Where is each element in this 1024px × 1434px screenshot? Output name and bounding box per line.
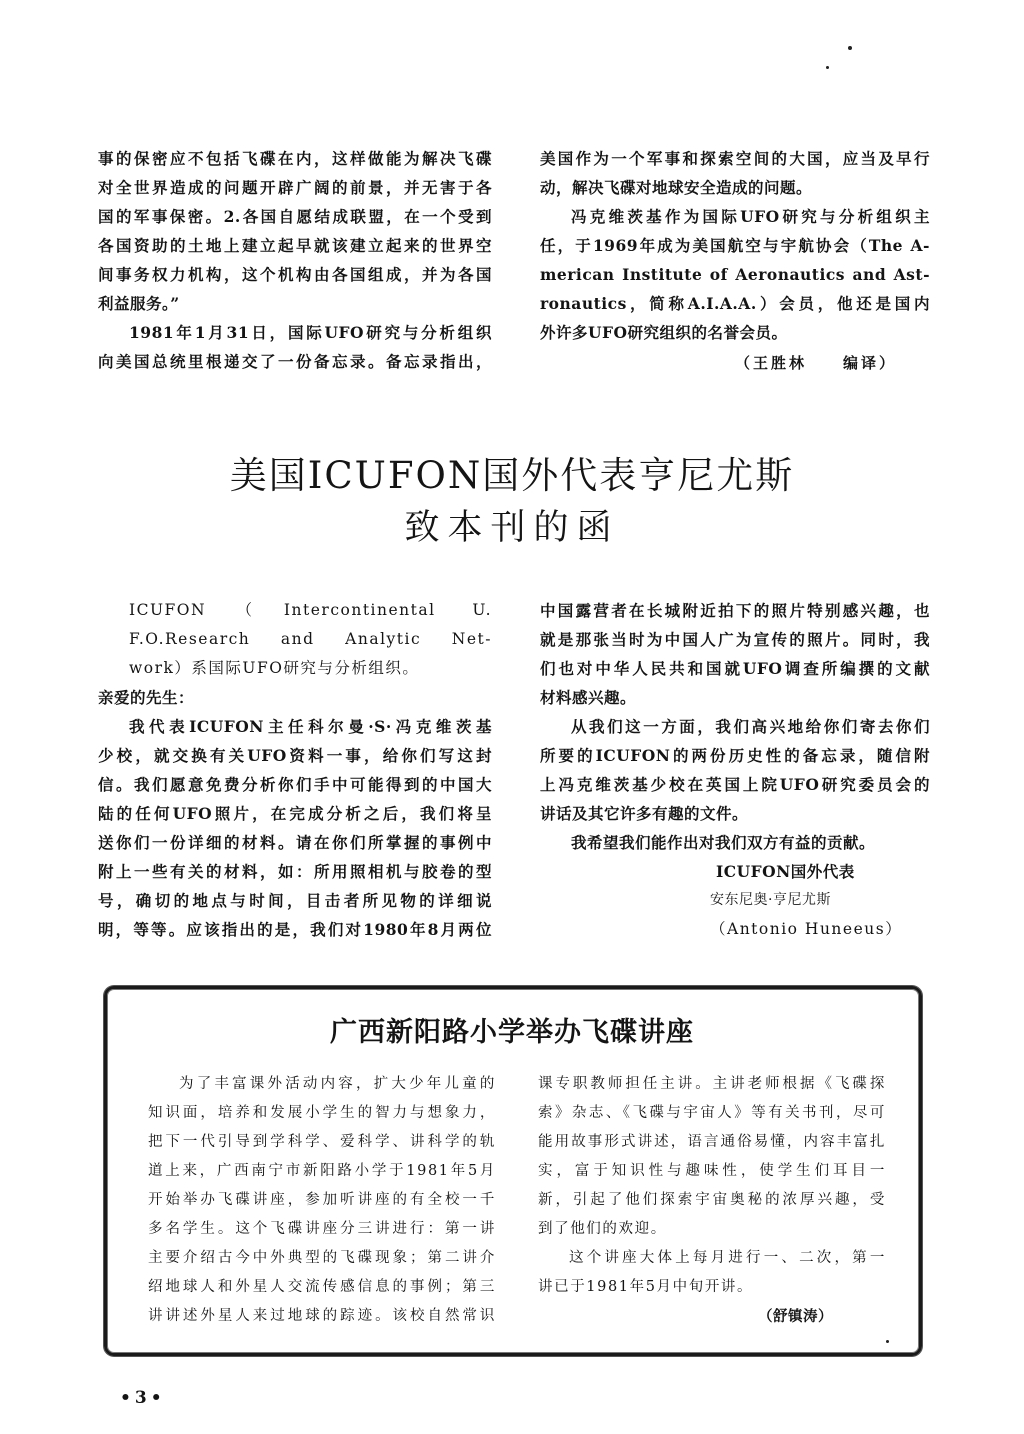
- text-line: 利益服务。”: [98, 289, 492, 318]
- text-line: 讲讲述外星人来过地球的踪迹。该校自然常识: [148, 1302, 496, 1331]
- text-line: 们也对中华人民共和国就UFO调查所编撰的文献: [540, 654, 930, 683]
- text-line: 我代表ICUFON主任科尔曼·S·冯克维茨基: [98, 712, 492, 741]
- top-article-left-column: 事的保密应不包括飞碟在内，这样做能为解决飞碟对全世界造成的问题开辟广阔的前景，并…: [98, 144, 492, 376]
- text-line: 动，解决飞碟对地球安全造成的问题。: [540, 173, 930, 202]
- top-article-right-column: 美国作为一个军事和探索空间的大国，应当及早行动，解决飞碟对地球安全造成的问题。冯…: [540, 144, 930, 347]
- text-line: 从我们这一方面，我们高兴地给你们寄去你们: [540, 712, 930, 741]
- text-line: 亲爱的先生：: [98, 683, 492, 712]
- signature-line1: ICUFON国外代表: [540, 857, 930, 886]
- boxed-article-title: 广西新阳路小学举办飞碟讲座: [0, 1010, 1024, 1049]
- signature-line2: 安东尼奥·亨尼尤斯: [540, 886, 930, 915]
- text-line: 索》杂志、《飞碟与宇宙人》等有关书刊，尽可: [538, 1099, 886, 1128]
- text-line: 我希望我们能作出对我们双方有益的贡献。: [540, 828, 930, 857]
- text-line: 到了他们的欢迎。: [538, 1215, 886, 1244]
- text-line: 美国作为一个军事和探索空间的大国，应当及早行: [540, 144, 930, 173]
- text-line: 送你们一份详细的材料。请在你们所掌握的事例中: [98, 828, 492, 857]
- text-line: 就是那张当时为中国人广为宣传的照片。同时，我: [540, 625, 930, 654]
- boxed-article-right-column: 课专职教师担任主讲。主讲老师根据《飞碟探索》杂志、《飞碟与宇宙人》等有关书刊，尽…: [538, 1070, 886, 1331]
- text-line: 少校，就交换有关UFO资料一事，给你们写这封: [98, 741, 492, 770]
- text-line: 明，等等。应该指出的是，我们对1980年8月两位: [98, 915, 492, 944]
- text-line: 所要的ICUFON的两份历史性的备忘录，随信附: [540, 741, 930, 770]
- text-line: 对全世界造成的问题开辟广阔的前景，并无害于各: [98, 173, 492, 202]
- text-line: 上冯克维茨基少校在英国上院UFO研究委员会的: [540, 770, 930, 799]
- text-line: 号，确切的地点与时间，目击者所见物的详细说: [98, 886, 492, 915]
- text-line: ronautics，简称A.I.A.A.）会员，他还是国内: [540, 289, 930, 318]
- text-line: F.O.Research and Analytic Net-: [98, 625, 492, 654]
- text-line: 陆的任何UFO照片，在完成分析之后，我们将呈: [98, 799, 492, 828]
- text-line: 向美国总统里根递交了一份备忘录。备忘录指出，: [98, 347, 492, 376]
- signature-line3: （Antonio Huneeus）: [540, 915, 930, 944]
- text-line: 附上一些有关的材料，如：所用照相机与胶卷的型: [98, 857, 492, 886]
- text-line: 知识面，培养和发展小学生的智力与想象力，: [148, 1099, 496, 1128]
- text-line: 讲话及其它许多有趣的文件。: [540, 799, 930, 828]
- text-line: 材料感兴趣。: [540, 683, 930, 712]
- letter-left-column: ICUFON（Intercontinental U.F.O.Research a…: [98, 596, 492, 944]
- text-line: 道上来，广西南宁市新阳路小学于1981年5月: [148, 1157, 496, 1186]
- letter-right-body: 中国露营者在长城附近拍下的照片特别感兴趣，也就是那张当时为中国人广为宣传的照片。…: [540, 596, 930, 857]
- text-line: work）系国际UFO研究与分析组织。: [98, 654, 492, 683]
- letter-title-line1: 美国ICUFON国外代表亨尼尤斯: [0, 445, 1024, 499]
- scan-speck: [826, 66, 829, 69]
- text-line: 绍地球人和外星人交流传感信息的事例；第三: [148, 1273, 496, 1302]
- scan-speck: [848, 46, 852, 50]
- text-line: 1981年1月31日，国际UFO研究与分析组织: [98, 318, 492, 347]
- text-line: 多名学生。这个飞碟讲座分三讲进行：第一讲: [148, 1215, 496, 1244]
- text-line: 事的保密应不包括飞碟在内，这样做能为解决飞碟: [98, 144, 492, 173]
- text-line: 把下一代引导到学科学、爱科学、讲科学的轨: [148, 1128, 496, 1157]
- text-line: 能用故事形式讲述，语言通俗易懂，内容丰富扎: [538, 1128, 886, 1157]
- text-line: 开始举办飞碟讲座，参加听讲座的有全校一千: [148, 1186, 496, 1215]
- text-line: 冯克维茨基作为国际UFO研究与分析组织主: [540, 202, 930, 231]
- text-line: ICUFON（Intercontinental U.: [98, 596, 492, 625]
- text-line: 中国露营者在长城附近拍下的照片特别感兴趣，也: [540, 596, 930, 625]
- text-line: 外许多UFO研究组织的名誉会员。: [540, 318, 930, 347]
- text-line: 课专职教师担任主讲。主讲老师根据《飞碟探: [538, 1070, 886, 1099]
- text-line: 各国资助的土地上建立起早就该建立起来的世界空: [98, 231, 492, 260]
- letter-title-line2: 致本刊的函: [0, 500, 1024, 550]
- text-line: 间事务权力机构，这个机构由各国组成，并为各国: [98, 260, 492, 289]
- boxed-article-right-body: 课专职教师担任主讲。主讲老师根据《飞碟探索》杂志、《飞碟与宇宙人》等有关书刊，尽…: [538, 1070, 886, 1302]
- page-number: •3•: [120, 1388, 166, 1408]
- top-article-credit: （王胜林 编译）: [735, 352, 897, 373]
- boxed-article-credit: （舒镇涛）: [538, 1302, 886, 1331]
- text-line: 信。我们愿意免费分析你们手中可能得到的中国大: [98, 770, 492, 799]
- text-line: 新，引起了他们探索宇宙奥秘的浓厚兴趣，受: [538, 1186, 886, 1215]
- text-line: 为了丰富课外活动内容，扩大少年儿童的: [148, 1070, 496, 1099]
- text-line: merican Institute of Aeronautics and Ast…: [540, 260, 930, 289]
- text-line: 主要介绍古今中外典型的飞碟现象；第二讲介: [148, 1244, 496, 1273]
- text-line: 实，富于知识性与趣味性，使学生们耳目一: [538, 1157, 886, 1186]
- text-line: 这个讲座大体上每月进行一、二次，第一: [538, 1244, 886, 1273]
- text-line: 任，于1969年成为美国航空与宇航协会（The A-: [540, 231, 930, 260]
- scan-speck: [886, 1340, 889, 1343]
- text-line: 讲已于1981年5月中旬开讲。: [538, 1273, 886, 1302]
- boxed-article-left-column: 为了丰富课外活动内容，扩大少年儿童的知识面，培养和发展小学生的智力与想象力，把下…: [148, 1070, 496, 1331]
- letter-right-column: 中国露营者在长城附近拍下的照片特别感兴趣，也就是那张当时为中国人广为宣传的照片。…: [540, 596, 930, 944]
- text-line: 国的军事保密。2.各国自愿结成联盟，在一个受到: [98, 202, 492, 231]
